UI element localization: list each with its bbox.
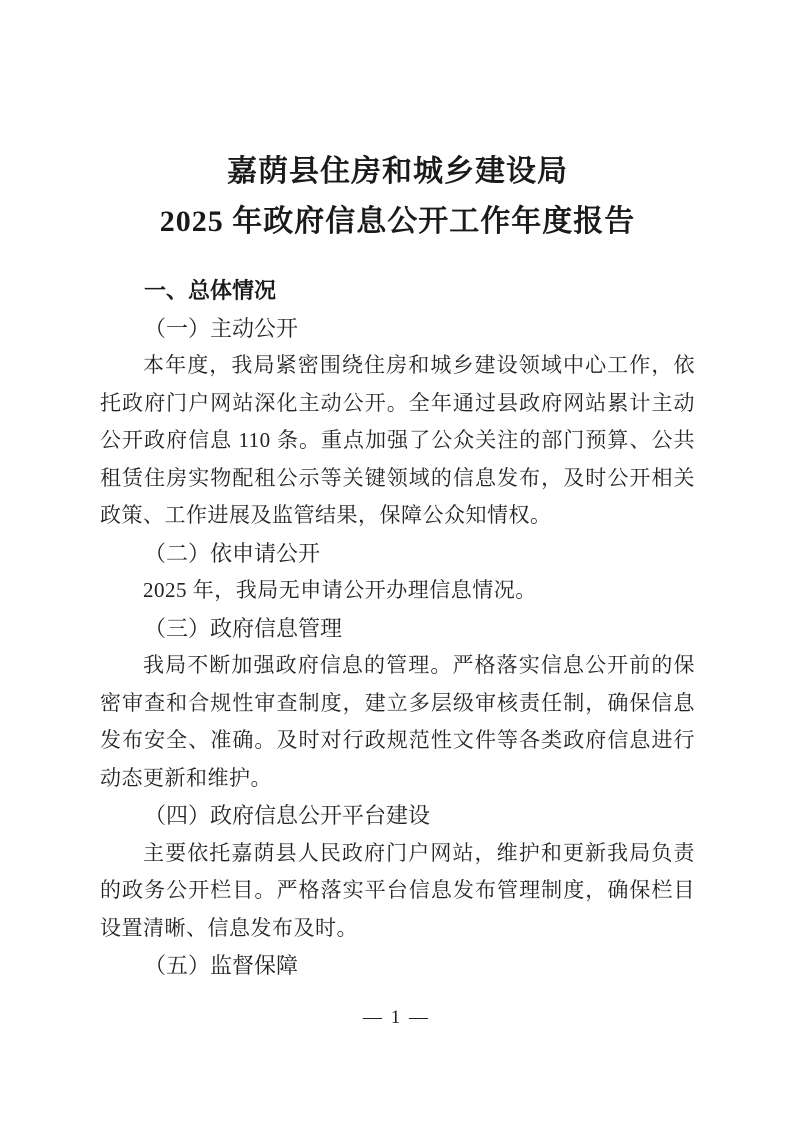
paragraph-disclosure-upon-request: 2025 年，我局无申请公开办理信息情况。 <box>100 572 695 610</box>
subsection-heading-proactive-disclosure: （一）主动公开 <box>100 310 695 348</box>
document-title: 嘉荫县住房和城乡建设局 2025 年政府信息公开工作年度报告 <box>100 147 695 247</box>
paragraph-proactive-disclosure: 本年度，我局紧密围绕住房和城乡建设领域中心工作，依托政府门户网站深化主动公开。全… <box>100 347 695 535</box>
subsection-heading-platform-construction: （四）政府信息公开平台建设 <box>100 797 695 835</box>
page-footer: — 1 — <box>0 1003 793 1033</box>
title-line-report-name: 2025 年政府信息公开工作年度报告 <box>100 197 695 247</box>
paragraph-platform-construction: 主要依托嘉荫县人民政府门户网站，维护和更新我局负责的政务公开栏目。严格落实平台信… <box>100 835 695 948</box>
title-line-agency: 嘉荫县住房和城乡建设局 <box>100 147 695 197</box>
paragraph-information-management: 我局不断加强政府信息的管理。严格落实信息公开前的保密审查和合规性审查制度，建立多… <box>100 647 695 797</box>
subsection-heading-information-management: （三）政府信息管理 <box>100 610 695 648</box>
subsection-heading-supervision-guarantee: （五）监督保障 <box>100 947 695 985</box>
page-number: — 1 — <box>363 1007 430 1028</box>
subsection-heading-disclosure-upon-request: （二）依申请公开 <box>100 535 695 573</box>
section-heading-overall-situation: 一、总体情况 <box>100 272 695 310</box>
document-page: 嘉荫县住房和城乡建设局 2025 年政府信息公开工作年度报告 一、总体情况 （一… <box>0 0 793 1122</box>
document-body: 一、总体情况 （一）主动公开 本年度，我局紧密围绕住房和城乡建设领域中心工作，依… <box>100 272 695 985</box>
